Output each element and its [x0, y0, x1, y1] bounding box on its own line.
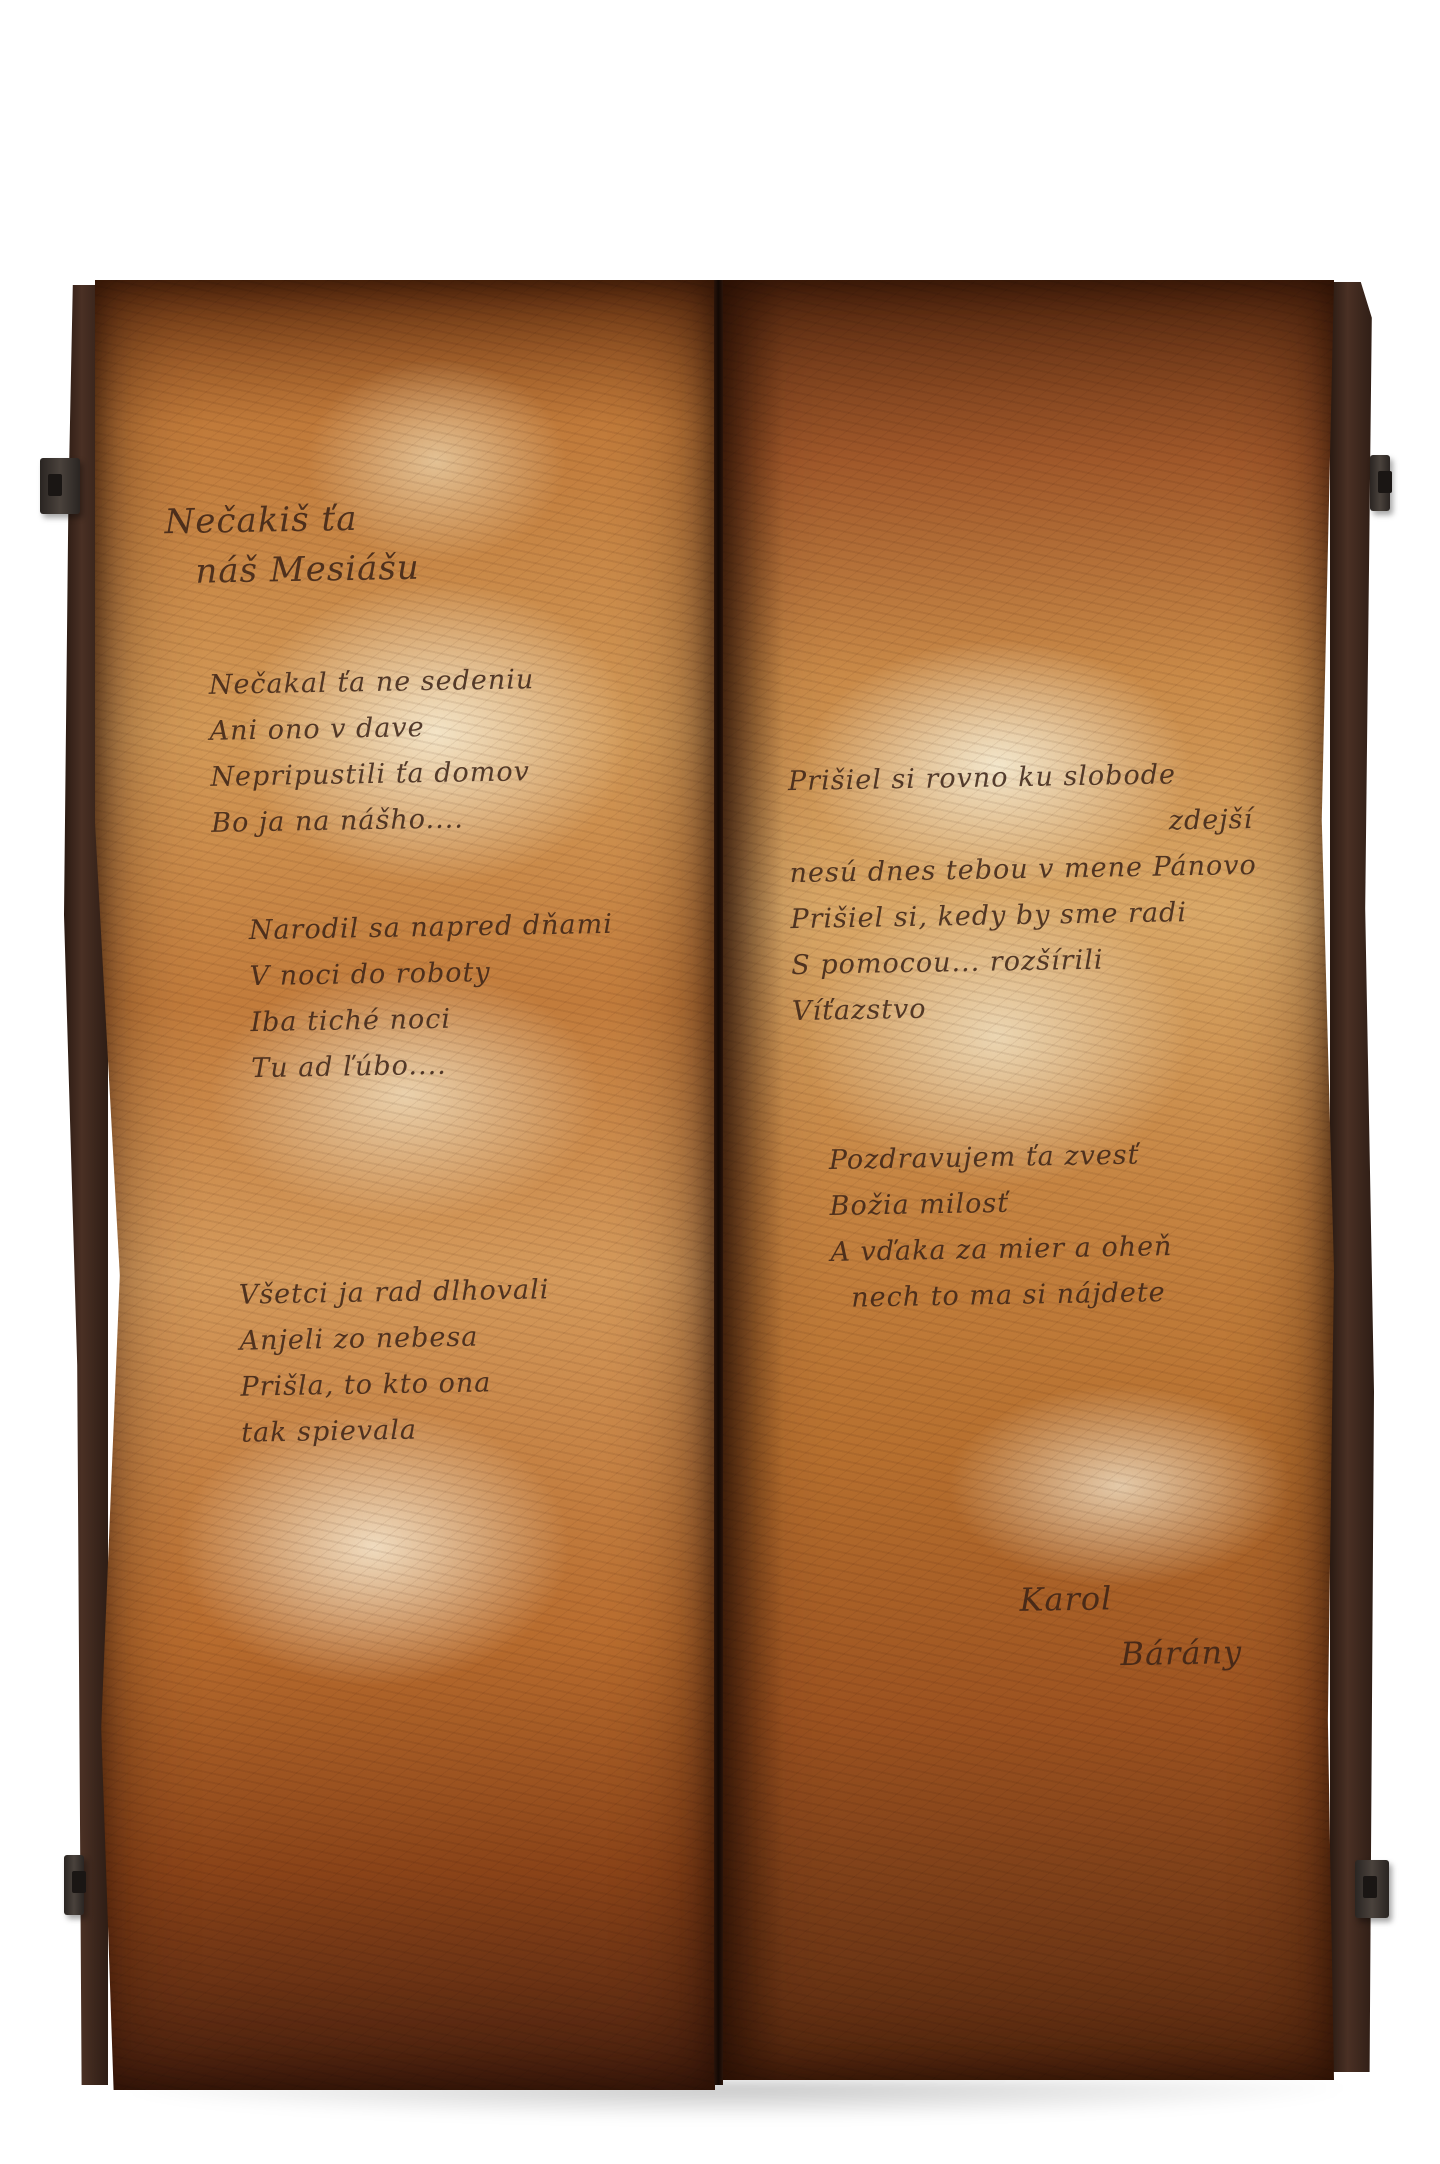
poem-line: Iba tiché noci	[250, 994, 615, 1046]
poem-line: Nepripustili ťa domov	[210, 749, 536, 801]
poem-title: Nečakiš ťa náš Mesiášu	[164, 493, 420, 597]
right-wood-edge	[1330, 282, 1374, 2072]
stanza-left-1: Nečakal ťa ne sedeniu Ani ono v dave Nep…	[208, 657, 537, 847]
poem-line: Anjeli zo nebesa	[239, 1313, 550, 1364]
poem-line: Tu ad ľúbo....	[251, 1040, 616, 1092]
poem-line: Ani ono v dave	[209, 703, 535, 755]
poem-line: Pozdravujem ťa zvesť	[828, 1132, 1171, 1184]
stanza-right-1: Prišiel si rovno ku slobode zdejší nesú …	[788, 751, 1260, 1035]
poem-line: Božia milosť	[829, 1178, 1172, 1230]
poem-line: V noci do roboty	[249, 948, 614, 1000]
stanza-left-3: Všetci ja rad dlhovali Anjeli zo nebesa …	[238, 1267, 552, 1456]
poem-line: S pomocou... rozšírili	[791, 935, 1259, 989]
hinge-icon	[64, 1855, 84, 1915]
poem-title-line: Nečakiš ťa	[164, 493, 419, 547]
hinge-icon	[40, 458, 80, 514]
poem-line: nech to ma si nájdete	[831, 1270, 1174, 1322]
poem-line: zdejší	[788, 797, 1256, 851]
poem-line: tak spievala	[241, 1405, 552, 1456]
signature-first-name: Karol	[1019, 1568, 1242, 1628]
poem-line: nesú dnes tebou v mene Pánovo	[789, 843, 1257, 897]
poem-line: Nečakal ťa ne sedeniu	[208, 657, 534, 709]
poem-line: Narodil sa napred dňami	[248, 902, 613, 954]
poem-title-line: náš Mesiášu	[165, 543, 420, 597]
poem-line: Prišla, to kto ona	[240, 1359, 551, 1410]
stanza-right-2: Pozdravujem ťa zvesť Božia milosť A vďak…	[828, 1132, 1173, 1322]
signature-last-name: Bárány	[1020, 1624, 1243, 1684]
poem-line: Bo ja na nášho....	[211, 795, 537, 847]
poem-line: A vďaka za mier a oheň	[830, 1224, 1173, 1276]
hinge-icon	[1370, 455, 1390, 511]
artwork-photo: Nečakiš ťa náš Mesiášu Nečakal ťa ne sed…	[0, 0, 1440, 2164]
poem-line: Prišiel si, kedy by sme radi	[790, 889, 1258, 943]
poem-line: Prišiel si rovno ku slobode	[788, 751, 1256, 805]
panel-seam	[714, 280, 723, 2085]
poem-line: Všetci ja rad dlhovali	[238, 1267, 549, 1318]
stanza-left-2: Narodil sa napred dňami V noci do roboty…	[248, 902, 615, 1092]
artist-signature: Karol Bárány	[1019, 1568, 1243, 1684]
hinge-icon	[1355, 1860, 1389, 1918]
poem-line: Víťazstvo	[792, 981, 1260, 1035]
